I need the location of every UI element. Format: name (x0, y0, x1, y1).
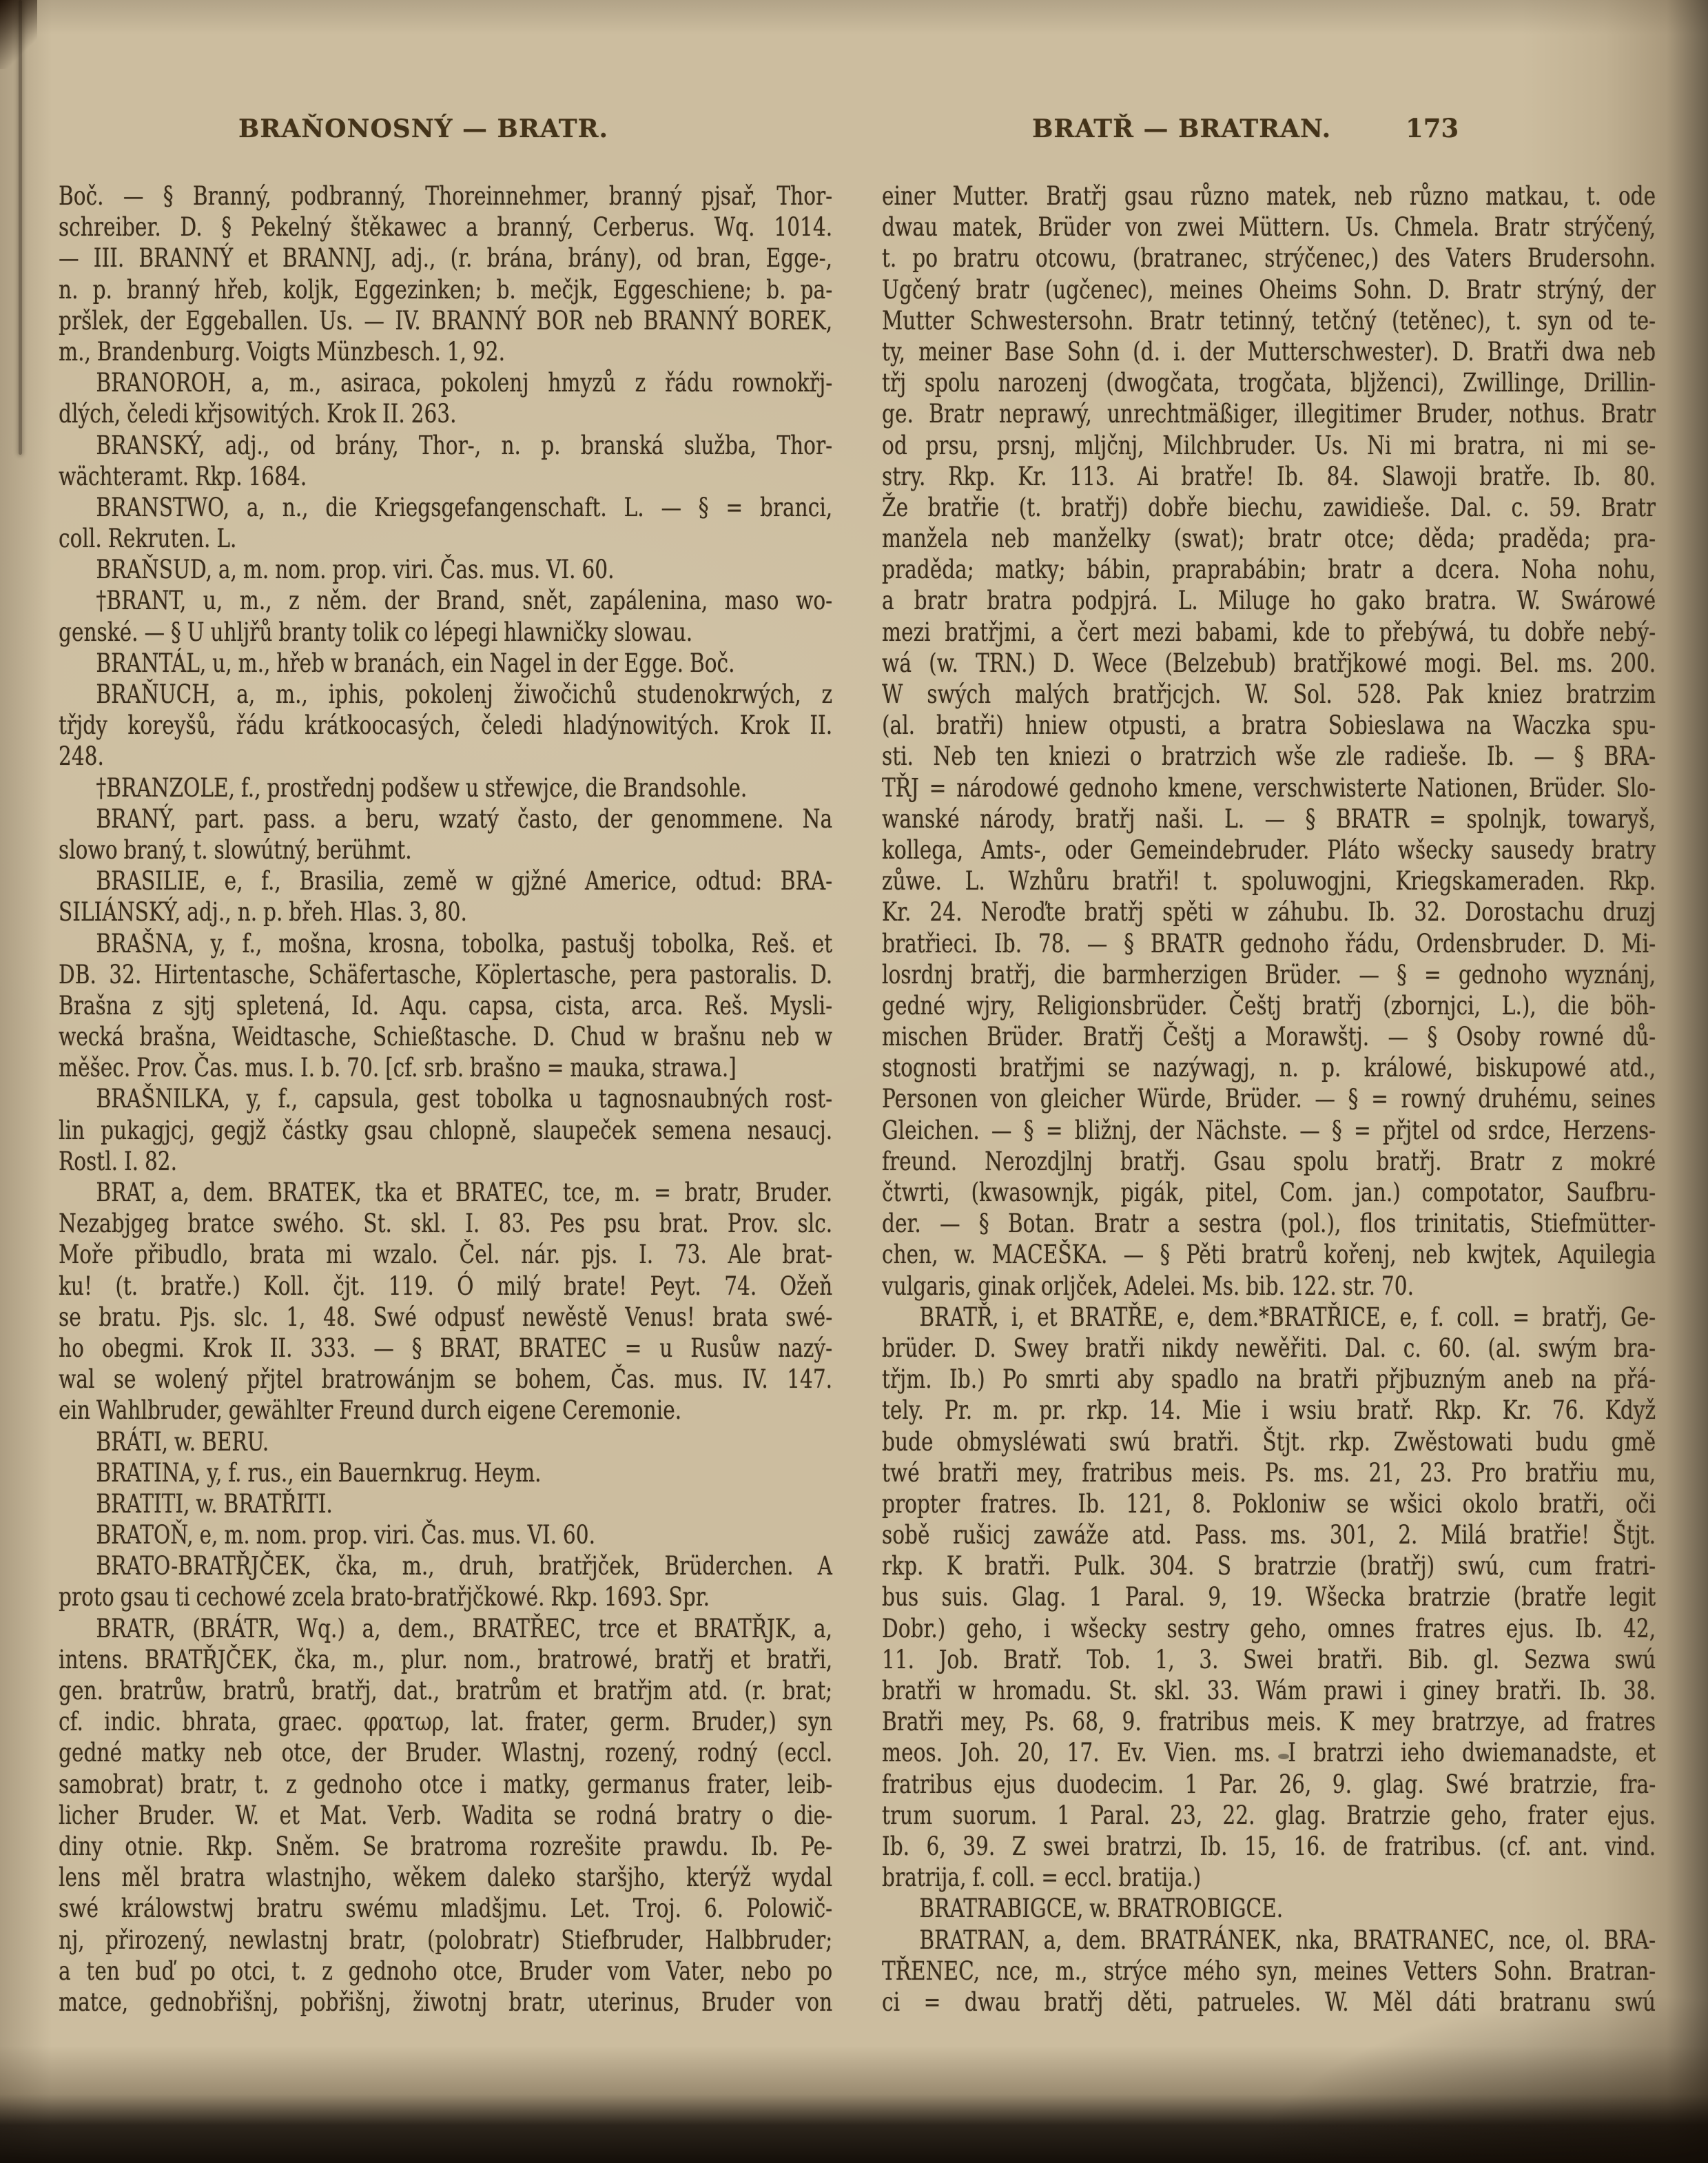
text-line: meos.Joh.20,17.Ev.Vien.ms.Ibratrziiehodw… (882, 1737, 1656, 1768)
text-line: BRATOŇ,e,m.nom.prop.viri.Čas.mus.VI.60. (59, 1519, 832, 1550)
text-line: bratrija,f.coll.=eccl.bratija.) (882, 1862, 1656, 1893)
text-line: slowobraný,t.slowútný,berühmt. (59, 834, 832, 865)
text-line: Wswýchmalýchbratřjcjch.W.Sol.528.Pakknie… (882, 679, 1656, 710)
text-line: ci=dwaubratřjděti,patrueles.W.Měldátibra… (882, 1987, 1656, 2018)
text-line: stry.Rkp.Kr.113.Aibratře!Ib.84.Slawojibr… (882, 461, 1656, 492)
text-line: BRATITI,w.BRATŘITI. (59, 1488, 832, 1519)
text-line: Brašnazsjtjspletená,Id.Aqu.capsa,cista,a… (59, 990, 832, 1021)
text-line: čtwrti,(kwasownjk,pigák,pitel,Com.jan.)c… (882, 1177, 1656, 1208)
text-line: lensmělbratrawlastnjho,wěkemdalekostaršj… (59, 1862, 832, 1893)
text-line: mischenBrüder.BratřjČeštjaMorawštj.—§Oso… (882, 1021, 1656, 1052)
text-line: odprsu,prsnj,mljčnj,Milchbruder.Us.Nimib… (882, 430, 1656, 461)
text-line: wá(w.TRN.)D.Wece(Belzebub)bratřjkowémogi… (882, 648, 1656, 679)
text-line: schreiber.D.§Pekelnýštěkawecabranný,Cerb… (59, 212, 832, 243)
text-line: BRATRABIGCE,w.BRATROBIGCE. (882, 1893, 1656, 1924)
text-line: TŘENEC,nce,m.,strýceméhosyn,meinesVetter… (882, 1956, 1656, 1987)
text-line: †BRANT,u,m.,zněm.derBrand,snět,zapálenin… (59, 585, 832, 616)
text-line: BRAŠNILKA,y,f.,capsula,gesttobolkautagno… (59, 1083, 832, 1114)
text-line: gen.bratrůw,bratrů,bratřj,dat.,bratrůmet… (59, 1675, 832, 1706)
text-line: tely.Pr.m.pr.rkp.14.Mieiwsiubratř.Rkp.Kr… (882, 1395, 1656, 1426)
text-line: soběrušicjzawážeatd.Pass.ms.301,2.Milábr… (882, 1519, 1656, 1550)
text-line: kollega,Amts-,oderGemeindebruder.Plátowš… (882, 834, 1656, 865)
text-line: BRÁTI,w.BERU. (59, 1426, 832, 1457)
text-line: mezibratřjmi,ačertmezibabami,kdetopřebýw… (882, 617, 1656, 648)
text-line: wächteramt.Rkp.1684. (59, 461, 832, 492)
text-line: gednéwjry,Religionsbrüder.Češtjbratřj(zb… (882, 990, 1656, 1021)
text-line: BRANTÁL,u,m.,hřebwbranách,einNagelinderE… (59, 648, 832, 679)
text-line: praděda;matky;bábin,praprabábin;bratradc… (882, 554, 1656, 585)
text-line: Mořepřibudlo,bratamiwzalo.Čel.nár.pjs.I.… (59, 1239, 832, 1270)
scan-edge-artifact (19, 0, 22, 455)
text-line: rkp.Kbratři.Pulk.304.Sbratrzie(bratřj)sw… (882, 1550, 1656, 1581)
text-line: třjm.Ib.)Posmrtiabyspadlonabratřipřjbuzn… (882, 1364, 1656, 1395)
text-line: walsewolenýpřjtelbratrowánjmsebohem,Čas.… (59, 1364, 832, 1395)
text-line: trumsuorum.1Paral.23,22.glag.Bratrziegeh… (882, 1800, 1656, 1831)
text-line: MutterSchwestersohn.Bratrtetinný,tetčný(… (882, 305, 1656, 336)
text-line: TŘJ=národowégednohokmene,verschwisterteN… (882, 772, 1656, 803)
text-line: DB.32.Hirtentasche,Schäfertasche,Köplert… (59, 959, 832, 990)
text-line: BRANSKÝ,adj.,odbrány,Thor-,n.p.branskásl… (59, 430, 832, 461)
running-head-right: BRATŘ — BRATRAN. (1032, 114, 1331, 143)
text-line: BRASILIE,e,f.,Brasilia,zeměwgjžnéAmerice… (59, 865, 832, 896)
text-line: ku!(t.bratře.)Koll.čjt.119.Ómilýbrate!Pe… (59, 1271, 832, 1302)
text-line: ge.Bratrneprawý,unrechtmäßiger,illegitim… (882, 398, 1656, 429)
text-line: nj,přirozený,newlastnjbratr,(polobratr)S… (59, 1925, 832, 1956)
text-line: měšec.Prov.Čas.mus.I.b.70.[cf.srb.brašno… (59, 1052, 832, 1083)
text-line: Ugčenýbratr(ugčenec),meinesOheimsSohn.D.… (882, 274, 1656, 305)
text-line: —III.BRANNÝetBRANNJ,adj.,(r.brána,brány)… (59, 243, 832, 274)
text-line: abratrbratrapodpjrá.L.Milugehogakobratra… (882, 585, 1656, 616)
page-number: 173 (1406, 113, 1459, 143)
text-line: pršlek,derEggeballen.Us.—IV.BRANNÝBORneb… (59, 305, 832, 336)
text-line: bratřiwhromadu.St.skl.33.Wámprawiigineyb… (882, 1675, 1656, 1706)
text-line: Rostl.I.82. (59, 1146, 832, 1177)
text-line: Ib.6,39.Zsweibratrzi,Ib.15,16.defratribu… (882, 1831, 1656, 1862)
scanned-dictionary-page: BRAŇONOSNÝ — BRATR. BRATŘ — BRATRAN. 173… (0, 0, 1708, 2163)
text-line: 11.Job.Bratř.Tob.1,3.Sweibratři.Bib.gl.S… (882, 1644, 1656, 1675)
text-line: atenbuďpootci,t.zgednohootce,BrudervomVa… (59, 1956, 832, 1987)
text-line: BRATINA,y,f.rus.,einBauernkrug.Heym. (59, 1457, 832, 1488)
text-line: n.p.brannýhřeb,koljk,Eggezinken;b.mečjk,… (59, 274, 832, 305)
text-line: vulgaris,ginakorljček,Adelei.Ms.bib.122.… (882, 1271, 1656, 1302)
text-line: zůwe.L.Wzhůrubratři!t.spoluwogjni,Kriegs… (882, 865, 1656, 896)
text-line: swékrálowstwjbratruswémumladšjmu.Let.Tro… (59, 1893, 832, 1924)
text-line: třjspolunarozenj(dwogčata,trogčata,bljže… (882, 367, 1656, 398)
text-line: losrdnjbratřj,diebarmherzigenBrüder.—§=g… (882, 959, 1656, 990)
text-line: Gleichen.—§=bližnj,derNächste.—§=přjtelo… (882, 1115, 1656, 1146)
text-line: †BRANZOLE,f.,prostřednjpodšewustřewjce,d… (59, 772, 832, 803)
text-line: BRAT,a,dem.BRATEK,tkaetBRATEC,tce,m.=bra… (59, 1177, 832, 1208)
text-line: BRAŠNA,y,f.,mošna,krosna,tobolka,pastušj… (59, 928, 832, 959)
text-line: sebratu.Pjs.slc.1,48.SwéodpusťnewěstěVen… (59, 1302, 832, 1333)
text-line: protogsauticechowézcelabrato-bratřjčkowé… (59, 1581, 832, 1612)
text-line: der.—§Botan.Bratrasestra(pol.),flostrini… (882, 1208, 1656, 1239)
text-line: SILIÁNSKÝ,adj.,n.p.břeh.Hlas.3,80. (59, 896, 832, 927)
text-line: m.,Brandenburg.VoigtsMünzbesch.1,92. (59, 336, 832, 367)
text-line: gednématkynebotce,derBruder.Wlastnj,roze… (59, 1737, 832, 1768)
text-line: dinyotnie.Rkp.Sněm.Sebratromarozrešitepr… (59, 1831, 832, 1862)
text-line: BRANOROH,a,m.,asiraca,pokolenjhmyzůzřádu… (59, 367, 832, 398)
text-line: freund.Nerozdjlnjbratřj.Gsauspolubratřj.… (882, 1146, 1656, 1177)
text-line: linpukagjcj,gegjžčástkygsauchlopně,slaup… (59, 1115, 832, 1146)
text-line: weckábrašna,Weidtasche,Schießtasche.D.Ch… (59, 1021, 832, 1052)
text-line: BRATRAN,a,dem.BRATRÁNEK,nka,BRATRANEC,nc… (882, 1925, 1656, 1956)
text-line: brüder.D.Sweybratřinikdynewěřiti.Dal.c.6… (882, 1333, 1656, 1364)
text-line: coll.Rekruten.L. (59, 523, 832, 554)
text-line: cf.indic.bhrata,graec.φρατωρ,lat.frater,… (59, 1706, 832, 1737)
text-line: samobrat)bratr,t.zgednohootceimatky,germ… (59, 1769, 832, 1800)
text-line: stognostibratřjmisenazýwagj,n.p.králowé,… (882, 1052, 1656, 1083)
text-line: chen,w.MACEŠKA.—§Pětibratrůkořenj,nebkwj… (882, 1239, 1656, 1270)
text-line: (al.bratři)hniewotpusti,abratraSobieslaw… (882, 710, 1656, 741)
running-head-left: BRAŇONOSNÝ — BRATR. (238, 114, 608, 143)
text-line: Dobr.)geho,iwšeckysestrygeho,omnesfratre… (882, 1613, 1656, 1644)
text-line: Bratřimey,Ps.68,9.fratribusmeis.Kmeybrat… (882, 1706, 1656, 1737)
text-line: intens.BRATŘJČEK,čka,m.,plur.nom.,bratro… (59, 1644, 832, 1675)
text-line: einWahlbruder,gewählterFreunddurcheigene… (59, 1395, 832, 1426)
text-line: Kr.24.Neroďtebratřjspětiwzáhubu.Ib.32.Do… (882, 896, 1656, 927)
text-line: bratřieci.Ib.78.—§BRATRgednohořádu,Orden… (882, 928, 1656, 959)
text-line: matce,gednobřišnj,pobřišnj,žiwotnjbratr,… (59, 1987, 832, 2018)
text-line: einerMutter.Bratřjgsaurůznomatek,nebrůzn… (882, 181, 1656, 212)
text-line: ty,meinerBaseSohn(d.i.derMutterschwester… (882, 336, 1656, 367)
text-line: 248. (59, 741, 832, 772)
text-column-right: einerMutter.Bratřjgsaurůznomatek,nebrůzn… (882, 181, 1656, 2018)
text-line: licherBruder.W.etMat.Verb.Waditaserodnáb… (59, 1800, 832, 1831)
text-line: BRATO-BRATŘJČEK,čka,m.,druh,bratřjček,Br… (59, 1550, 832, 1581)
text-line: BRAŇUCH,a,m.,iphis,pokolenjžiwočichůstud… (59, 679, 832, 710)
text-line: t.pobratruotcowu,(bratranec,strýčenec,)d… (882, 243, 1656, 274)
text-line: třjdykoreyšů,řádukrátkoocasých,čeledihla… (59, 710, 832, 741)
text-line: budeobmysléwatiswúbratři.Štjt.rkp.Zwěsto… (882, 1426, 1656, 1457)
text-line: fratribusejusduodecim.1Par.26,9.glag.Swé… (882, 1769, 1656, 1800)
text-line: wanskénárody,bratřjnaši.L.—§BRATR=spolnj… (882, 803, 1656, 834)
text-line: Nezabjgegbratceswého.St.skl.I.83.Pespsub… (59, 1208, 832, 1239)
text-line: genské.—§Uuhljřůbrantytolikcolépegihlawn… (59, 617, 832, 648)
text-line: dwaumatek,BrüdervonzweiMüttern.Us.Chmela… (882, 212, 1656, 243)
text-line: bussuis.Glag.1Paral.9,19.Wšeckabratrzie(… (882, 1581, 1656, 1612)
text-line: twébratřimey,fratribusmeis.Ps.ms.21,23.P… (882, 1457, 1656, 1488)
text-line: propterfratres.Ib.121,8.Pokloniwsewšicio… (882, 1488, 1656, 1519)
text-line: BRANÝ,part.pass.aberu,wzatýčasto,dergeno… (59, 803, 832, 834)
text-line: sti.Nebtenknieziobratrzichwšezleradieše.… (882, 741, 1656, 772)
text-column-left: Boč.—§Branný,podbranný,Thoreinnehmer,bra… (59, 181, 832, 2018)
text-line: manželanebmanželky(swat);bratrotce;děda;… (882, 523, 1656, 554)
text-line: dlých,čeledikřjsowitých.KrokII.263. (59, 398, 832, 429)
text-line: Žebratřie(t.bratřj)dobřebiechu,zawidieše… (882, 492, 1656, 523)
text-line: BRATR,(BRÁTR,Wq.)a,dem.,BRATŘEC,trceetBR… (59, 1613, 832, 1644)
text-line: Boč.—§Branný,podbranný,Thoreinnehmer,bra… (59, 181, 832, 212)
text-line: hoobegmi.KrokII.333.—§BRAT,BRATEC=uRusůw… (59, 1333, 832, 1364)
text-line: PersonenvongleicherWürde,Brüder.—§=rowný… (882, 1083, 1656, 1114)
text-line: BRANSTWO,a,n.,dieKriegsgefangenschaft.L.… (59, 492, 832, 523)
text-line: BRAŇSUD,a,m.nom.prop.viri.Čas.mus.VI.60. (59, 554, 832, 585)
text-line: BRATŘ,i,etBRATŘE,e,dem.*BRATŘICE,e,f.col… (882, 1302, 1656, 1333)
